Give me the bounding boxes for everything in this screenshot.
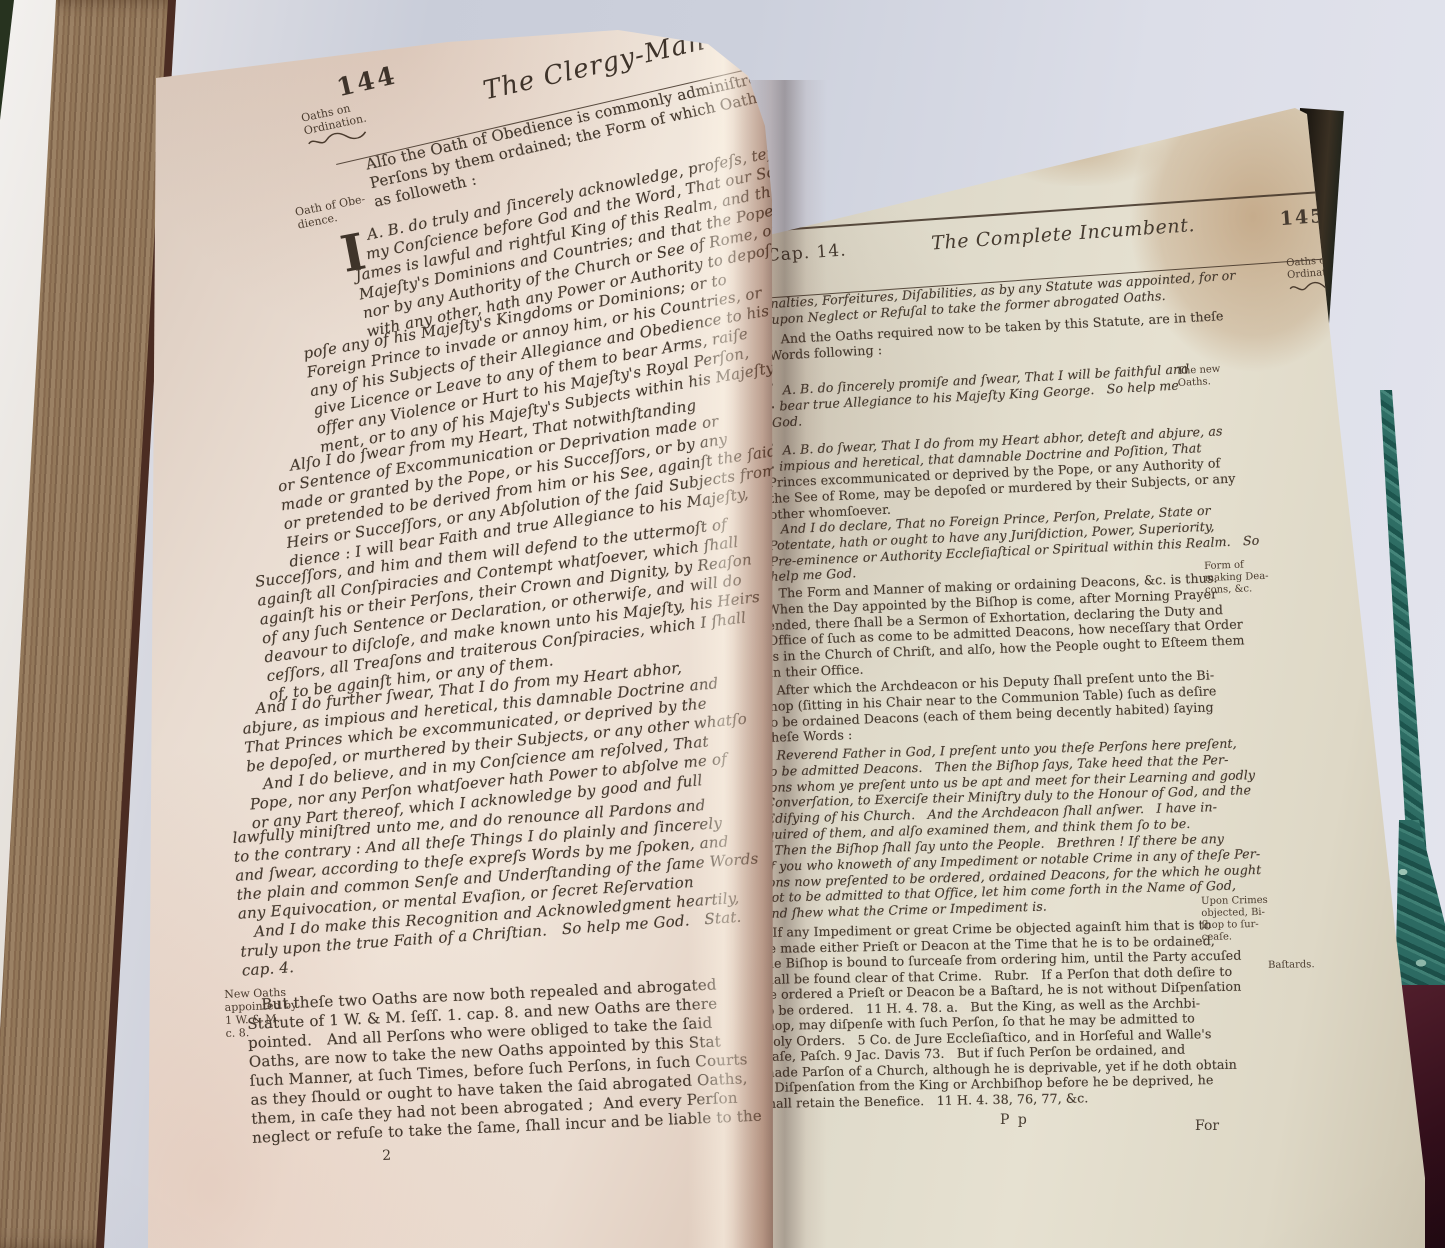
left-page: 144 The Clergy-Man's Law: Or, Oaths onOr…	[148, 30, 773, 1248]
paragraph-brethren: Then the Biſhop ſhall ſay unto the Peopl…	[762, 830, 1262, 922]
margin-note-line: Baſtards.	[1268, 959, 1315, 972]
paragraph-reverend-father: Reverend Father in God, I preſent unto y…	[764, 735, 1257, 843]
book-photo: Cap. 14. The Complete Incumbent. 145 Oat…	[0, 0, 1445, 1248]
paragraph-oaths-repealed: But theſe two Oaths are now both repeale…	[246, 974, 762, 1148]
paragraph-form-of-making-deacons: The Form and Manner of making or ordaini…	[766, 569, 1245, 680]
paragraph-impediment: If any Impediment or great Crime be obje…	[760, 917, 1244, 1111]
margin-note-bastards: Baſtards.	[1268, 959, 1315, 972]
signature-mark: 2	[382, 1148, 391, 1164]
catchword: For	[1195, 1118, 1219, 1134]
page-curl-highlight	[688, 30, 773, 1248]
right-page: Cap. 14. The Complete Incumbent. 145 Oat…	[695, 98, 1425, 1248]
signature-mark: P p	[1000, 1112, 1029, 1128]
margin-note-ordination: Oaths onOrdination.	[1286, 254, 1346, 293]
margin-note-line: Ordination.	[1287, 266, 1346, 282]
